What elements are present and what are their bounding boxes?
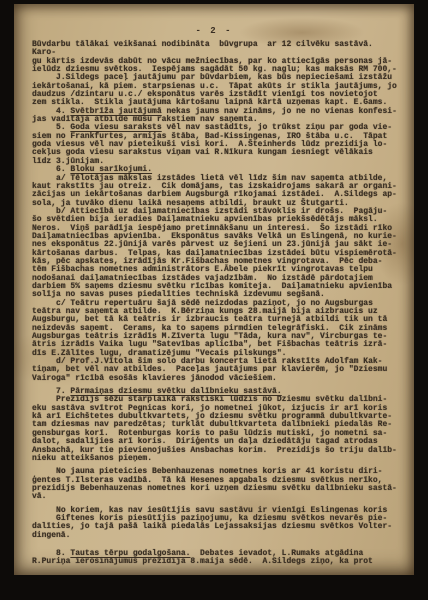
text-line: dingenā. [32, 532, 404, 540]
text-line: dalīties, jo tajā pašā laikā piedalās Le… [32, 523, 404, 531]
scan-background: - 2 - Būvdarbu tālākai veikšanai nodibin… [0, 0, 428, 600]
text-line: Būvdarbu tālākai veikšanai nodibināta bū… [32, 41, 404, 58]
text-line: prezidijs Bebenhauzenas nometnes kori uz… [32, 485, 404, 493]
page-number: - 2 - [14, 26, 414, 36]
text-line: Vairoga" rīcībā esošās klavieres jānodod… [32, 375, 404, 383]
document-text: Būvdarbu tālākai veikšanai nodibināta bū… [32, 41, 404, 567]
text-line: nieku atteikšanos pieņem. [32, 455, 404, 463]
text-line: vā. [32, 493, 404, 501]
text-line: R.Puriņa ierosinājumus prezidija 8.maija… [32, 558, 404, 566]
document-page: - 2 - Būvdarbu tālākai veikšanai nodibin… [14, 4, 414, 575]
